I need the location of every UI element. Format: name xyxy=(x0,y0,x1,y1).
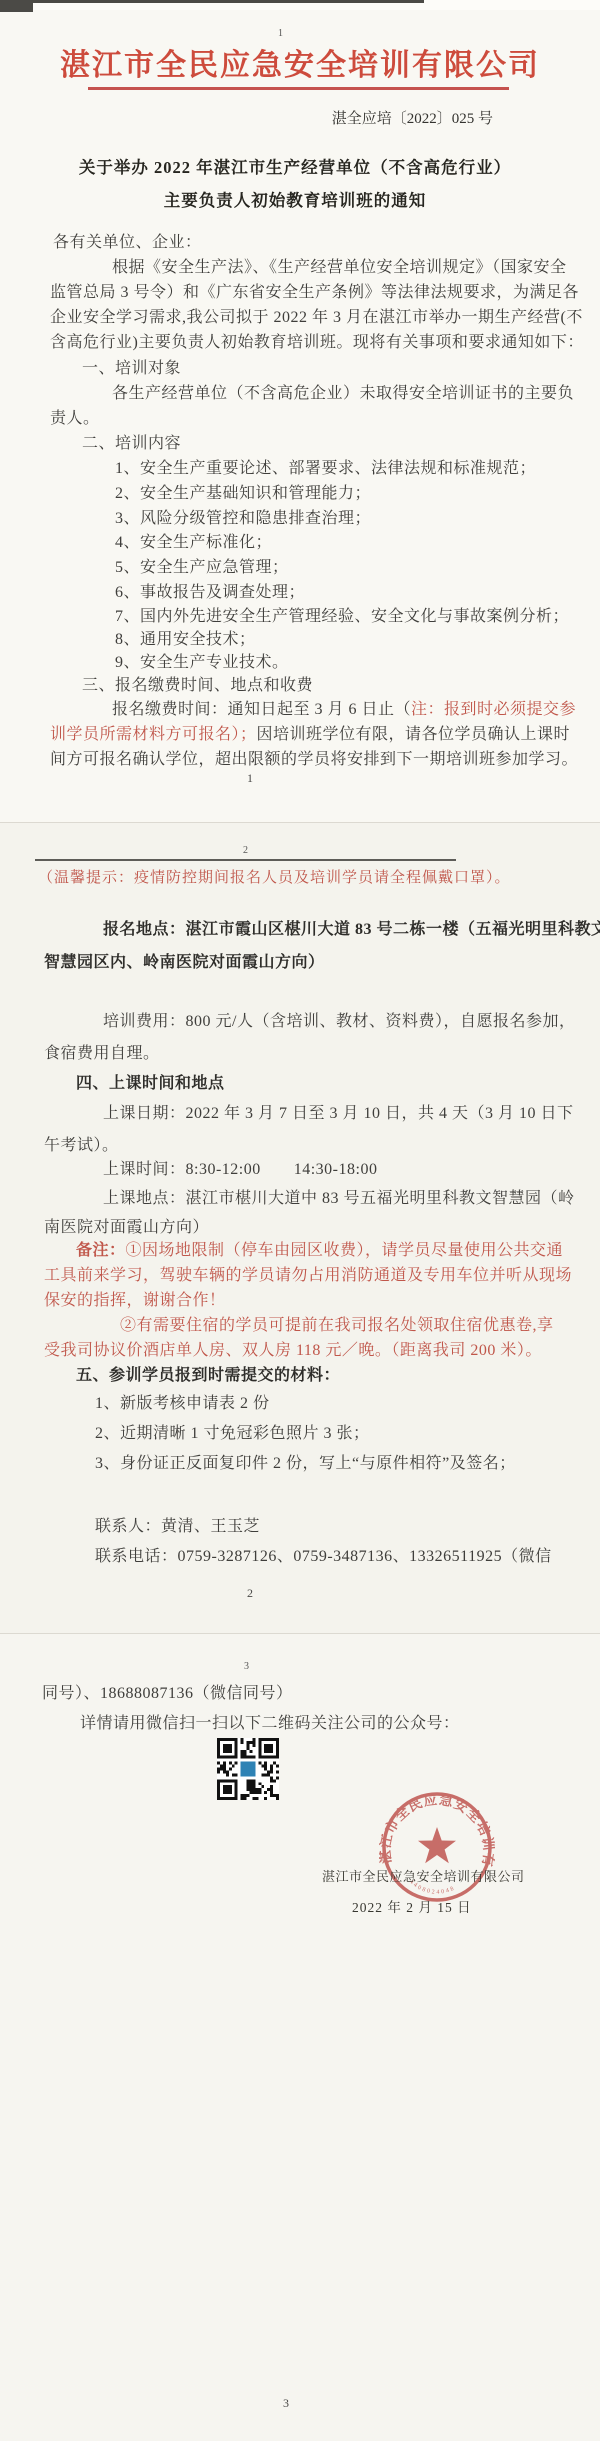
list-item: 9、安全生产专业技术。 xyxy=(115,653,289,673)
qr-code-image xyxy=(217,1738,279,1800)
material-item: 2、近期清晰 1 寸免冠彩色照片 3 张； xyxy=(95,1424,370,1444)
class-time-line: 上课时间：8:30-12:00 14:30-18:00 xyxy=(103,1160,377,1180)
material-item: 1、新版考核申请表 2 份 xyxy=(95,1394,270,1414)
enroll-line1: 报名缴费时间：通知日起至 3 月 6 日止（注：报到时必须提交参 xyxy=(112,700,576,720)
class-location-line2: 南医院对面霞山方向） xyxy=(44,1218,209,1238)
list-item: 2、安全生产基础知识和管理能力； xyxy=(115,484,371,504)
enroll-line1-red: 注：报到时必须提交参 xyxy=(411,701,576,718)
section5-heading: 五、参训学员报到时需提交的材料： xyxy=(76,1366,340,1386)
section4-heading: 四、上课时间和地点 xyxy=(76,1074,225,1094)
signature-date: 2022 年 2 月 15 日 xyxy=(352,1896,472,1916)
section1-line: 责人。 xyxy=(50,409,100,429)
list-item: 8、通用安全技术； xyxy=(115,630,256,650)
document-number: 湛全应培〔2022〕025 号 xyxy=(0,107,493,128)
scan-corner-artifact xyxy=(0,0,33,12)
qr-caption: 详情请用微信扫一扫以下二维码关注公司的公众号： xyxy=(80,1714,460,1734)
material-item: 3、身份证正反面复印件 2 份，写上“与原件相符”及签名； xyxy=(95,1454,516,1474)
class-date-line1: 上课日期：2022 年 3 月 7 日至 3 月 10 日，共 4 天（3 月 … xyxy=(103,1104,574,1124)
notice-title-line2: 主要负责人初始教育培训班的通知 xyxy=(0,187,590,211)
contact-phone-continued: 同号）、18688087136（微信同号） xyxy=(42,1684,293,1704)
section1-heading: 一、培训对象 xyxy=(82,359,181,379)
fee-line2: 食宿费用自理。 xyxy=(44,1044,160,1064)
intro-line: 含高危行业)主要负责人初始教育培训班。现将有关事项和要求通知如下： xyxy=(50,333,584,353)
signature-company-name: 湛江市全民应急安全培训有限公司 xyxy=(322,1866,525,1885)
remark-line5: 受我司协议价酒店单人房、双人房 118 元／晚。（距离我司 200 米）。 xyxy=(44,1341,542,1361)
stamp-star xyxy=(418,1827,456,1863)
intro-line: 企业安全学习需求,我公司拟于 2022 年 3 月在湛江市举办一期生产经营(不 xyxy=(50,308,583,328)
enroll-line1-black: 报名缴费时间：通知日起至 3 月 6 日止（ xyxy=(112,701,411,718)
list-item: 5、安全生产应急管理； xyxy=(115,558,289,578)
page1-top-marker: 1 xyxy=(278,28,283,39)
notice-title-line1: 关于举办 2022 年湛江市生产经营单位（不含高危行业） xyxy=(0,154,590,178)
remark-line3: 保安的指挥，谢谢合作！ xyxy=(44,1291,226,1311)
list-item: 3、风险分级管控和隐患排查治理； xyxy=(115,509,371,529)
page2-top-marker: 2 xyxy=(243,845,248,856)
remark-label: 备注： xyxy=(76,1242,126,1259)
page3-top-marker: 3 xyxy=(244,1661,249,1672)
fee-line1: 培训费用：800 元/人（含培训、教材、资料费），自愿报名参加， xyxy=(103,1012,575,1032)
company-seal-stamp: 湛江市全民应急安全培训有限公司 4408024048 xyxy=(379,1789,495,1905)
header-rule xyxy=(88,87,509,90)
enroll-line2: 训学员所需材料方可报名）；因培训班学位有限，请各位学员确认上课时 xyxy=(50,725,570,745)
contact-phone-line: 联系电话：0759-3287126、0759-3487136、133265119… xyxy=(95,1547,552,1567)
intro-line: 根据《安全生产法》、《生产经营单位安全培训规定》（国家安全 xyxy=(112,258,567,278)
enroll-line3: 间方可报名确认学位，超出限额的学员将安排到下一期培训班参加学习。 xyxy=(50,750,578,770)
page1-number: 1 xyxy=(238,771,262,786)
intro-line: 监管总局 3 号令）和《广东省安全生产条例》等法律法规要求，为满足各 xyxy=(50,283,579,303)
class-date-line2: 午考试）。 xyxy=(44,1136,119,1156)
page3-number: 3 xyxy=(274,2396,298,2411)
class-location-line1: 上课地点：湛江市椹川大道中 83 号五福光明里科教文智慧园（岭 xyxy=(103,1189,575,1209)
list-item: 6、事故报告及调查处理； xyxy=(115,583,305,603)
salutation: 各有关单位、企业： xyxy=(53,233,202,253)
list-item: 4、安全生产标准化； xyxy=(115,533,272,553)
contact-person-line: 联系人：黄清、王玉芝 xyxy=(95,1517,260,1537)
section2-heading: 二、培训内容 xyxy=(82,434,181,454)
remark-line1: 备注：①因场地限制（停车由园区收费），请学员尽量使用公共交通 xyxy=(76,1241,563,1261)
scan-sheet-3 xyxy=(0,1633,600,2441)
scan-edge-artifact xyxy=(0,0,424,3)
enroll-line2-red: 训学员所需材料方可报名）； xyxy=(50,726,257,743)
signup-address-line1: 报名地点：湛江市霞山区椹川大道 83 号二栋一楼（五福光明里科教文 xyxy=(103,920,600,940)
page2-number: 2 xyxy=(238,1586,262,1601)
section1-line: 各生产经营单位（不含高危企业）未取得安全培训证书的主要负 xyxy=(112,384,574,404)
remark-line4: ②有需要住宿的学员可提前在我司报名处领取住宿优惠卷,享 xyxy=(120,1316,554,1336)
section3-heading: 三、报名缴费时间、地点和收费 xyxy=(82,676,313,696)
remark-line2: 工具前来学习，驾驶车辆的学员请勿占用消防通道及专用车位并听从现场 xyxy=(44,1266,572,1286)
page2-top-line xyxy=(35,859,456,861)
organization-title: 湛江市全民应急安全培训有限公司 xyxy=(0,40,600,84)
list-item: 7、国内外先进安全生产管理经验、安全文化与事故案例分析； xyxy=(115,607,569,627)
list-item: 1、安全生产重要论述、部署要求、法律法规和标准规范； xyxy=(115,459,536,479)
remark-line1-text: ①因场地限制（停车由园区收费），请学员尽量使用公共交通 xyxy=(126,1242,564,1259)
enroll-line2-black: 因培训班学位有限，请各位学员确认上课时 xyxy=(257,726,571,743)
covid-tip-line: （温馨提示：疫情防控期间报名人员及培训学员请全程佩戴口罩）。 xyxy=(38,868,511,888)
qr-center-logo xyxy=(241,1762,256,1777)
signup-address-line2: 智慧园区内、岭南医院对面霞山方向） xyxy=(44,953,325,973)
scanned-notice-document: 1 湛江市全民应急安全培训有限公司 湛全应培〔2022〕025 号 关于举办 2… xyxy=(0,0,600,2441)
